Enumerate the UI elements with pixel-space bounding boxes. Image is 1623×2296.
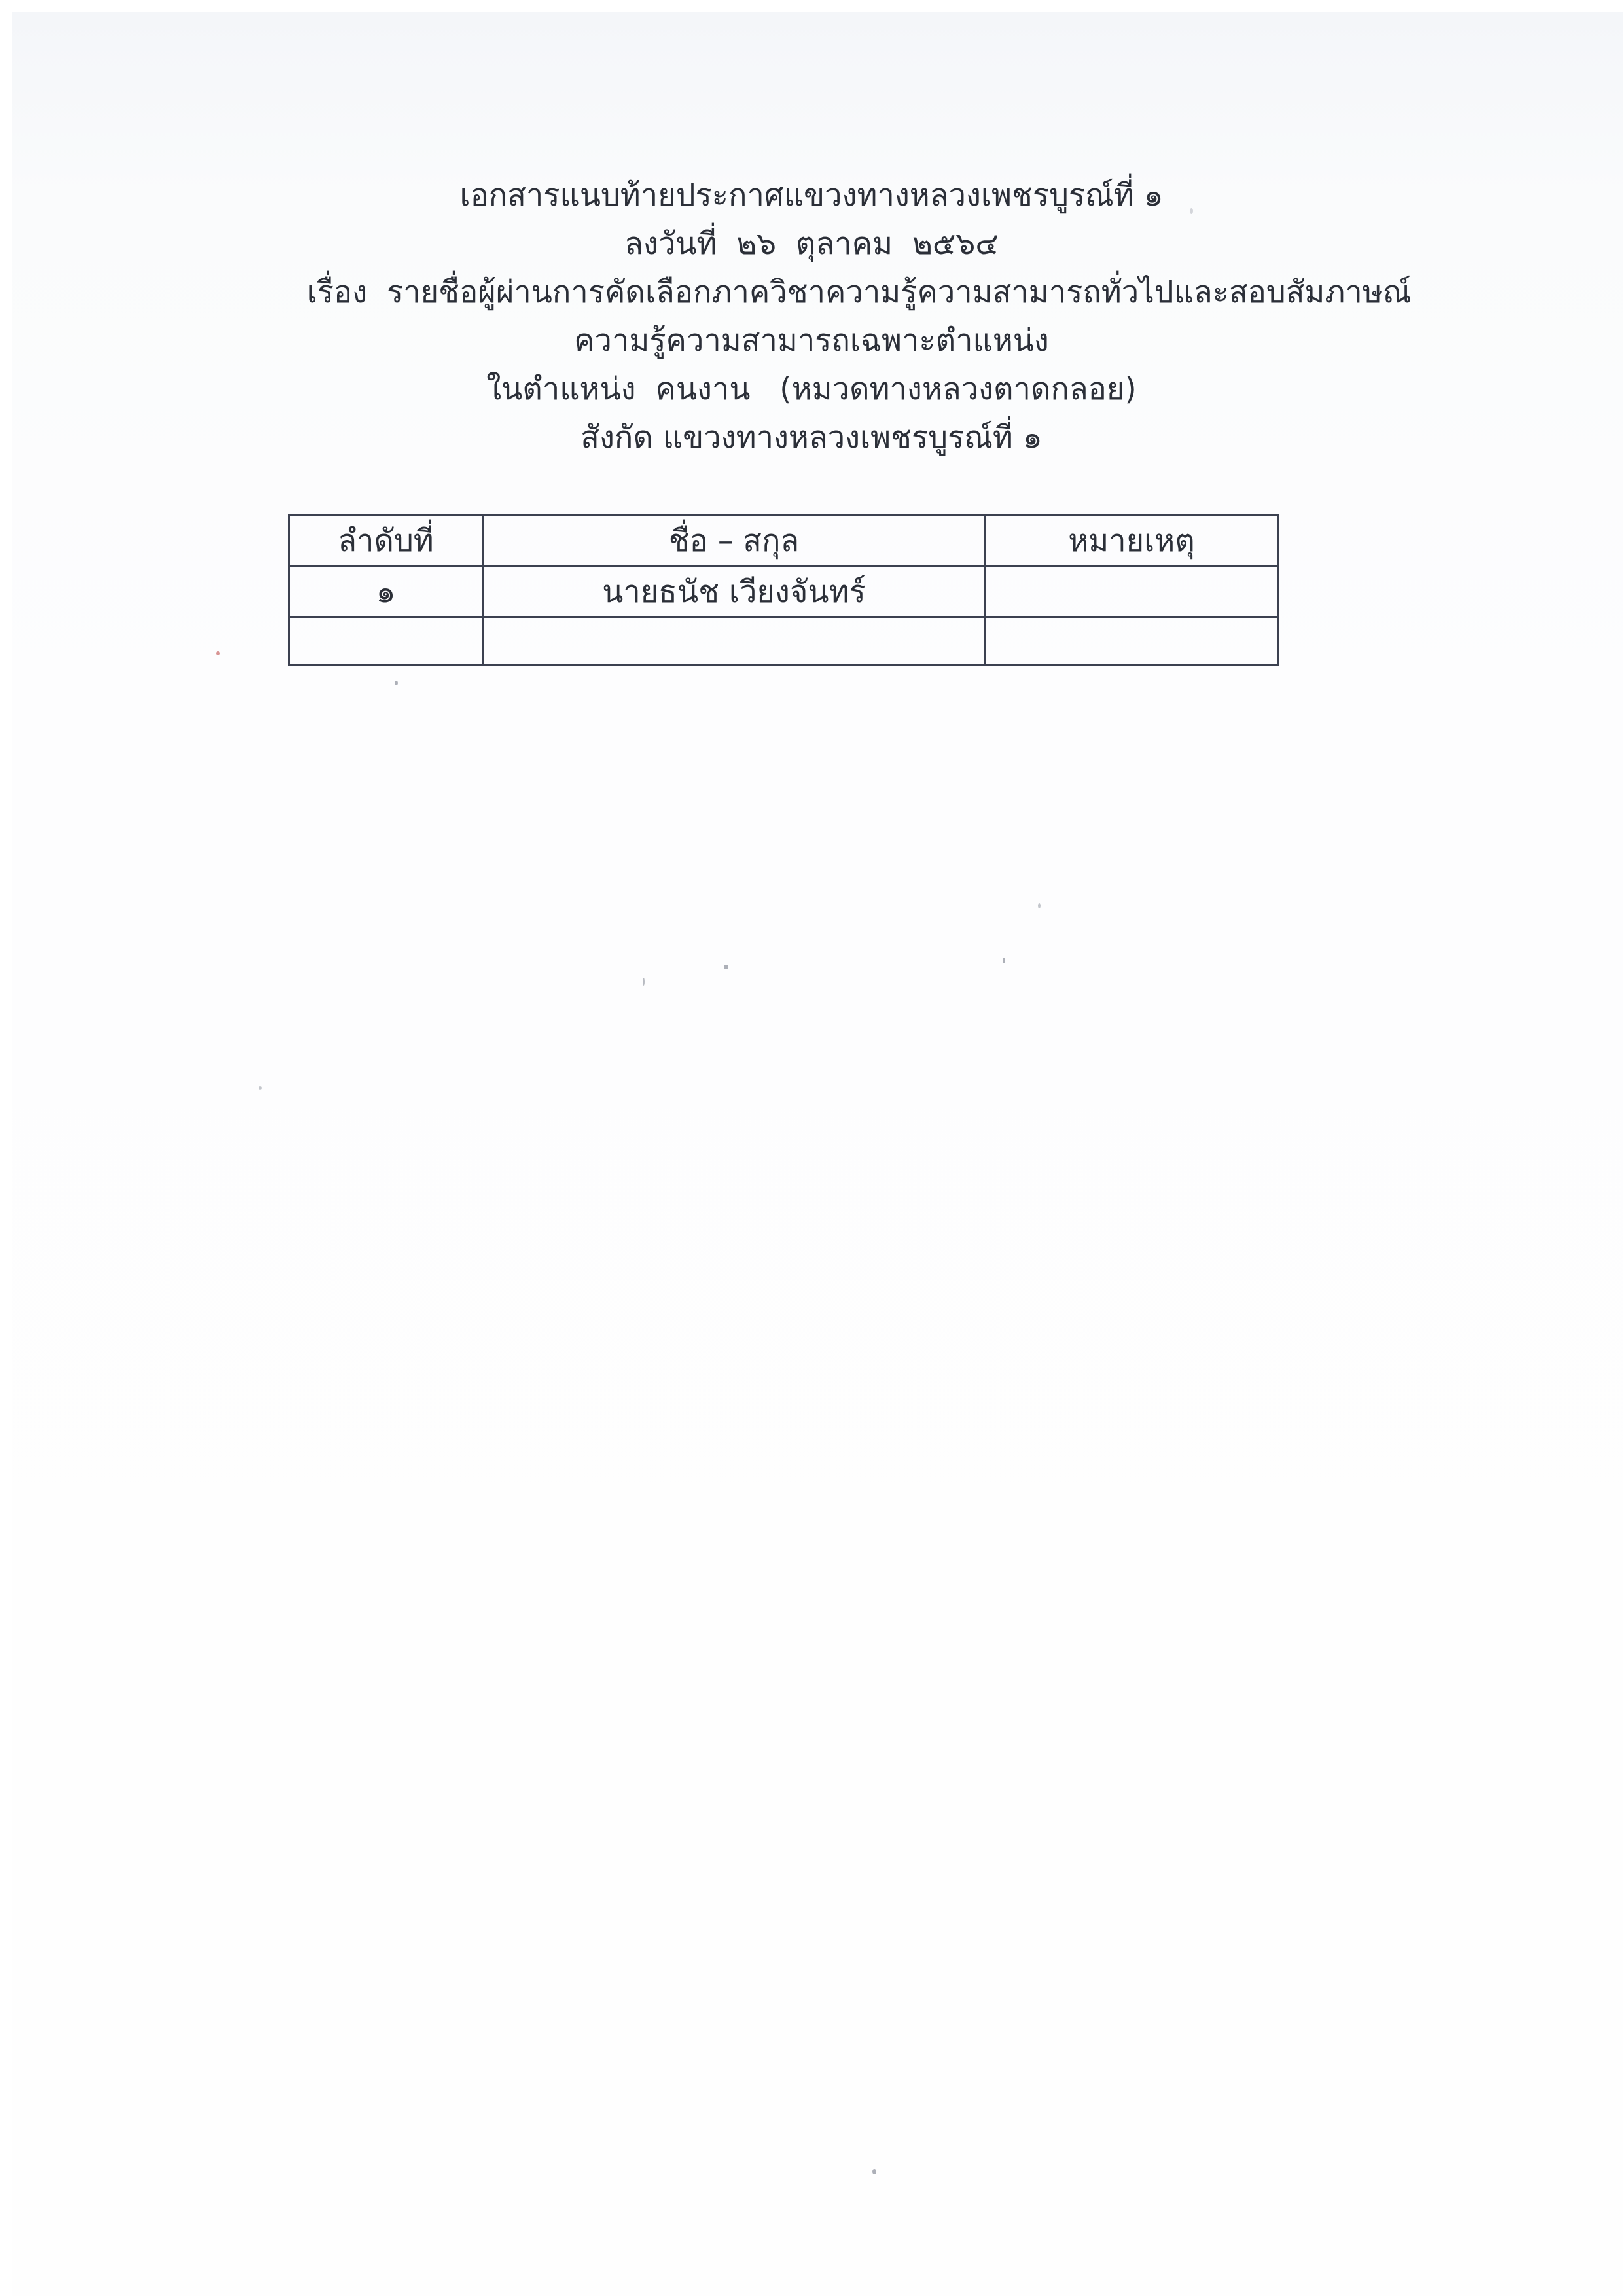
scan-speck (1003, 958, 1005, 963)
cell-order (289, 617, 483, 666)
document-heading: เอกสารแนบท้ายประกาศแขวงทางหลวงเพชรบูรณ์ท… (0, 171, 1623, 462)
heading-subject-continued: ความรู้ความสามารถเฉพาะตำแหน่ง (0, 317, 1623, 365)
column-header-remarks: หมายเหตุ (986, 515, 1278, 566)
scan-speck (395, 681, 398, 685)
scan-speck (643, 978, 645, 986)
column-header-name: ชื่อ – สกุล (483, 515, 986, 566)
scan-speck (872, 2169, 876, 2174)
scan-speck (724, 965, 728, 969)
scan-speck (259, 1086, 262, 1090)
table-header-row: ลำดับที่ ชื่อ – สกุล หมายเหตุ (289, 515, 1278, 566)
heading-attachment-title: เอกสารแนบท้ายประกาศแขวงทางหลวงเพชรบูรณ์ท… (0, 171, 1623, 220)
cell-remarks (986, 617, 1278, 666)
scan-speck (1190, 208, 1193, 214)
heading-position: ในตำแหน่ง คนงาน (หมวดทางหลวงตาดกลอย) (0, 365, 1623, 414)
cell-name (483, 617, 986, 666)
heading-date: ลงวันที่ ๒๖ ตุลาคม ๒๕๖๔ (0, 220, 1623, 268)
scan-speck (1038, 903, 1041, 908)
cell-name: นายธนัช เวียงจันทร์ (483, 566, 986, 617)
scan-speck (216, 651, 220, 655)
cell-order: ๑ (289, 566, 483, 617)
heading-affiliation: สังกัด แขวงทางหลวงเพชรบูรณ์ที่ ๑ (0, 414, 1623, 462)
cell-remarks (986, 566, 1278, 617)
passed-candidates-table: ลำดับที่ ชื่อ – สกุล หมายเหตุ ๑ นายธนัช … (288, 514, 1279, 666)
table-row: ๑ นายธนัช เวียงจันทร์ (289, 566, 1278, 617)
column-header-order: ลำดับที่ (289, 515, 483, 566)
table-row (289, 617, 1278, 666)
heading-subject: เรื่อง รายชื่อผู้ผ่านการคัดเลือกภาควิชาค… (0, 268, 1623, 317)
